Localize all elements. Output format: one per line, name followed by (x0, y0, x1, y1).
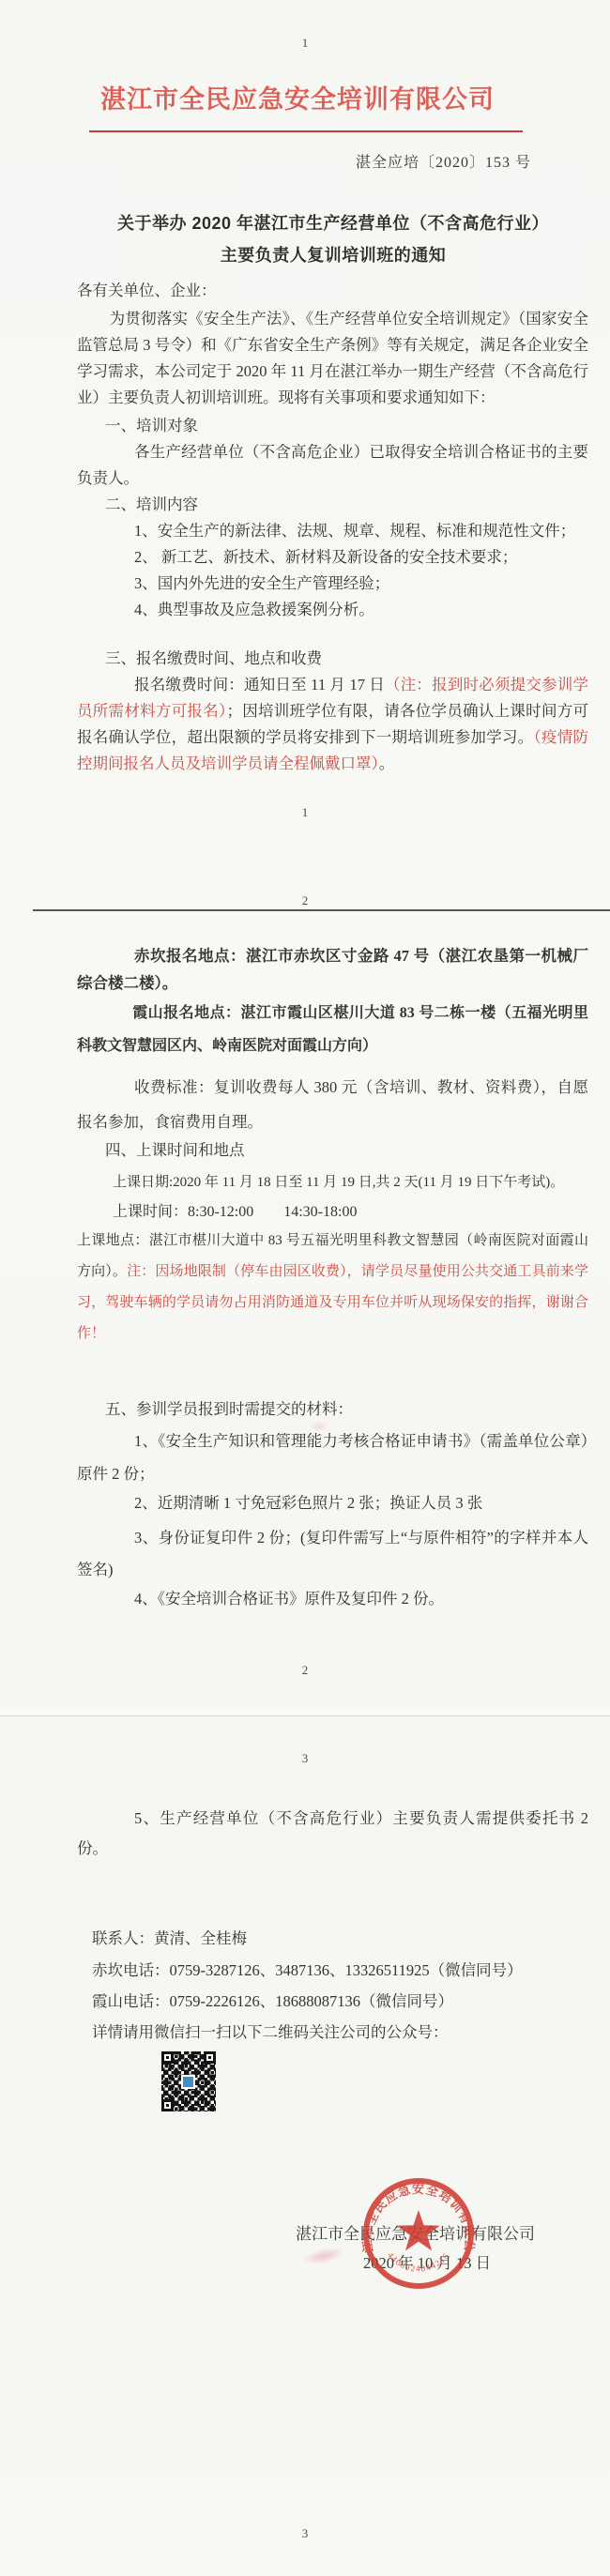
section4-heading: 四、上课时间和地点 (105, 1137, 245, 1160)
svg-text:4408024044216: 4408024044216 (386, 2250, 451, 2274)
section2-heading: 二、培训内容 (105, 492, 198, 514)
training-content-item: 2、 新工艺、新技术、新材料及新设备的安全技术要求； (134, 544, 517, 567)
class-date: 上课日期:2020 年 11 月 18 日至 11 月 19 日,共 2 天(1… (113, 1171, 564, 1191)
chikan-phone: 赤坎电话：0759-3287126、3487136、13326511925（微信… (92, 1958, 523, 1980)
xiashan-registration-address: 霞山报名地点：湛江市霞山区椹川大道 83 号二栋一楼（五福光明里科教文智慧园区内… (77, 997, 588, 1062)
page1-bottom-number: 1 (0, 805, 610, 820)
section5-heading: 五、参训学员报到时需提交的材料： (105, 1396, 353, 1419)
faint-pink-smudge (301, 2244, 346, 2267)
section3-heading: 三、报名缴费时间、地点和收费 (105, 646, 322, 668)
page1-top-number: 1 (0, 36, 610, 51)
section3-paragraph: 报名缴费时间：通知日至 11 月 17 日（注：报到时必须提交参训学员所需材料方… (77, 672, 588, 777)
qr-finder-icon (161, 2051, 174, 2064)
material-item-2: 2、近期清晰 1 寸免冠彩色照片 2 张；换证人员 3 张 (134, 1490, 482, 1513)
scan-page-seam-faint (0, 1715, 610, 1716)
training-content-item: 4、典型事故及应急救援案例分析。 (134, 597, 374, 619)
material-item-1: 1、《安全生产知识和管理能力考核合格证申请书》（需盖单位公章）原件 2 份； (77, 1425, 588, 1490)
masthead-company-title: 湛江市全民应急安全培训有限公司 (77, 79, 518, 115)
notice-title-line2: 主要负责人复训培训班的通知 (77, 242, 589, 267)
section1-heading: 一、培训对象 (105, 413, 198, 435)
parking-red-note: 注：因场地限制（停车由园区收费），请学员尽量使用公共交通工具前来学习，驾驶车辆的… (77, 1264, 588, 1341)
section1-body: 各生产经营单位（不含高危企业）已取得安全培训合格证书的主要负责人。 (77, 439, 588, 492)
class-time: 上课时间：8:30-12:00 14:30-18:00 (113, 1199, 357, 1221)
qr-finder-icon (161, 2099, 174, 2111)
chikan-registration-address: 赤坎报名地点：湛江市赤坎区寸金路 47 号（湛江农垦第一机械厂综合楼二楼）。 (77, 942, 588, 997)
scan-page-seam-line (33, 909, 610, 911)
xiashan-phone: 霞山电话：0759-2226126、18688087136（微信同号） (92, 1989, 453, 2011)
material-item-3: 3、身份证复印件 2 份；(复印件需写上“与原件相符”的字样并本人签名) (77, 1522, 588, 1586)
venue-paragraph: 上课地点：湛江市椹川大道中 83 号五福光明里科教文智慧园（岭南医院对面霞山方向… (77, 1226, 588, 1349)
training-content-item: 1、安全生产的新法律、法规、规章、规程、标准和规范性文件； (134, 518, 575, 541)
registration-time-text: 报名缴费时间：通知日至 11 月 17 日 (134, 676, 385, 694)
document-number: 湛全应培〔2020〕153 号 (77, 150, 531, 172)
seal-code: 4408024044216 (386, 2250, 451, 2274)
training-content-item: 3、国内外先进的安全生产管理经验； (134, 571, 389, 593)
wechat-qr-code (161, 2051, 216, 2111)
fee-paragraph: 收费标准：复训收费每人 380 元（含培训、教材、资料费），自愿报名参加，食宿费… (77, 1070, 588, 1139)
sentence-period: 。 (379, 755, 395, 772)
masthead-red-rule (89, 130, 523, 132)
salutation: 各有关单位、企业： (77, 278, 217, 300)
scanned-notice-document: 1 湛江市全民应急安全培训有限公司 湛全应培〔2020〕153 号 关于举办 2… (0, 0, 610, 2576)
notice-title-line1: 关于举办 2020 年湛江市生产经营单位（不含高危行业） (77, 210, 589, 235)
contact-persons: 联系人：黄清、全桂梅 (92, 1926, 247, 1948)
page2-bottom-number: 2 (0, 1663, 610, 1678)
qr-finder-icon (204, 2051, 216, 2064)
intro-paragraph: 为贯彻落实《安全生产法》、《生产经营单位安全培训规定》（国家安全监管总局 3 号… (77, 306, 588, 411)
material-item-5: 5、生产经营单位（不含高危行业）主要负责人需提供委托书 2 份。 (77, 1804, 588, 1864)
official-red-seal: 湛江市全民应急安全培训有限公司 4408024044216 (358, 2173, 480, 2297)
scan-paper-edge (0, 1708, 610, 1715)
qr-center-logo (181, 2075, 195, 2089)
page3-top-number: 3 (0, 1751, 610, 1766)
page2-top-number: 2 (0, 893, 610, 908)
seal-star-icon (397, 2210, 440, 2250)
qr-tip-text: 详情请用微信扫一扫以下二维码关注公司的公众号： (92, 2020, 449, 2042)
material-item-4: 4、《安全培训合格证书》原件及复印件 2 份。 (134, 1586, 444, 1608)
page3-bottom-number: 3 (0, 2526, 610, 2541)
